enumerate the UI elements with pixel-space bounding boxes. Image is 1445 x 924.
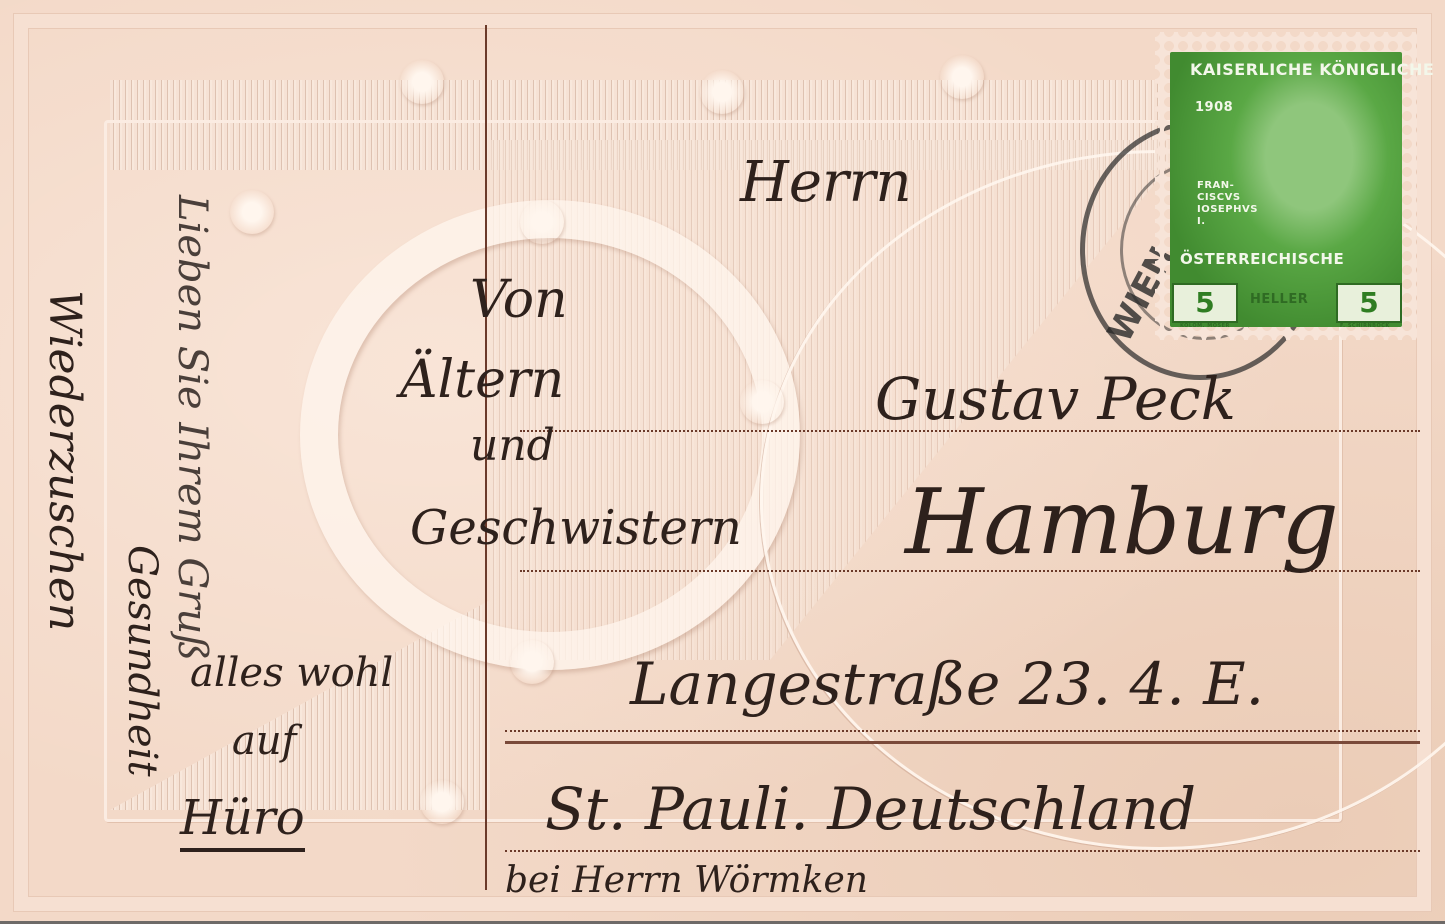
message-vertical-2: Gesundheit bbox=[119, 545, 165, 777]
flower-ornament bbox=[230, 190, 274, 234]
address-salutation: Herrn bbox=[740, 150, 912, 215]
stamp-denomination-left: 5 bbox=[1172, 283, 1238, 323]
flower-ornament bbox=[700, 70, 744, 114]
address-name: Gustav Peck bbox=[875, 365, 1236, 433]
message-from-4: Geschwistern bbox=[410, 500, 742, 556]
postcard: WIEN KAISERLICHE KÖNIGLICHE 1908 FRAN- C… bbox=[0, 0, 1445, 921]
address-rule bbox=[505, 850, 1420, 852]
message-from-2: Ältern bbox=[400, 350, 564, 410]
message-from-3: und bbox=[470, 420, 555, 471]
stamp-caption: FRAN- CISCVS IOSEPHVS I. bbox=[1197, 180, 1258, 228]
message-closing-1: alles wohl bbox=[190, 650, 393, 696]
stamp-year: 1908 bbox=[1195, 100, 1233, 115]
flower-ornament bbox=[740, 380, 784, 424]
address-rule-solid bbox=[505, 741, 1420, 744]
stamp-denomination-right: 5 bbox=[1336, 283, 1402, 323]
flower-ornament bbox=[510, 640, 554, 684]
stamp-designer: KOLOM. MOSER bbox=[1180, 323, 1230, 329]
message-vertical-3: Wiederzuschen bbox=[39, 290, 90, 631]
stamp-engraver: F. SCHIRNBOCK bbox=[1340, 323, 1390, 329]
stamp-top-text: KAISERLICHE KÖNIGLICHE bbox=[1190, 60, 1434, 79]
flower-ornament bbox=[420, 780, 464, 824]
message-closing-2: auf bbox=[232, 718, 296, 764]
message-from-1: Von bbox=[470, 270, 568, 330]
address-district-country: St. Pauli. Deutschland bbox=[545, 775, 1196, 843]
address-care-of: bei Herrn Wörmken bbox=[505, 860, 868, 901]
address-city: Hamburg bbox=[905, 470, 1339, 575]
address-rule bbox=[505, 730, 1420, 732]
flower-ornament bbox=[400, 60, 444, 104]
message-closing-3: Hüro bbox=[180, 790, 305, 852]
flower-ornament bbox=[520, 200, 564, 244]
message-vertical-1: Lieben Sie Ihrem Gruß bbox=[169, 195, 215, 661]
address-street: Langestraße 23. 4. E. bbox=[630, 650, 1264, 718]
stamp-currency: HELLER bbox=[1250, 292, 1308, 307]
flower-ornament bbox=[940, 55, 984, 99]
stamp-bottom-text: ÖSTERREICHISCHE bbox=[1180, 250, 1344, 268]
